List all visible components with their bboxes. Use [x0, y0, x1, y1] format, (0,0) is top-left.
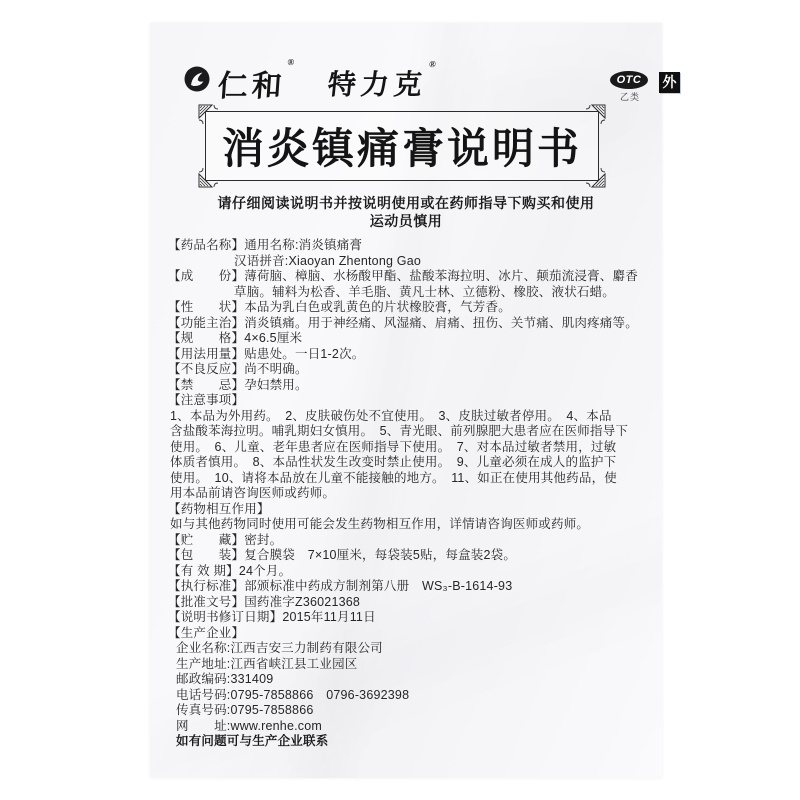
- row-label: 【药品名称】: [168, 238, 244, 254]
- leaflet-row: 汉语拼音:Xiaoyan Zhentong Gao: [168, 254, 654, 270]
- advisory-line-2: 运动员慎用: [150, 212, 662, 230]
- row-label: 【注意事项】: [168, 393, 244, 409]
- row-text: 尚不明确。: [244, 362, 308, 376]
- page-title: 消炎镇痛膏说明书: [206, 112, 598, 180]
- row-text: 如与其他药物同时使用可能会发生药物相互作用，详情请咨询医师或药师。: [170, 517, 589, 531]
- leaflet-row: 【注意事项】: [168, 393, 654, 409]
- frame-corner-icon: [197, 103, 223, 129]
- row-label: 【有 效 期】: [168, 564, 239, 580]
- row-text: 企业名称:江西吉安三力制药有限公司: [176, 641, 383, 655]
- row-text: 消炎镇痛。用于神经痛、风湿痛、肩痛、扭伤、关节痛、肌肉疼痛等。: [244, 316, 638, 330]
- leaflet-row: 【生产企业】: [168, 626, 654, 642]
- otc-badge: OTC: [610, 71, 648, 89]
- row-text: 网 址:www.renhe.com: [176, 719, 322, 733]
- row-text: 用本品前请咨询医师或药师。: [170, 486, 335, 500]
- leaflet-row: 【规 格】4×6.5厘米: [168, 331, 654, 347]
- row-label: 【批准文号】: [168, 595, 244, 611]
- leaflet-row: 含盐酸苯海拉明。哺乳期妇女慎用。 5、青光眼、前列腺肥大患者应在医师指导下: [168, 424, 654, 440]
- row-label: 【规 格】: [168, 331, 244, 347]
- row-text: 邮政编码:331409: [176, 672, 273, 686]
- leaflet-row: 【性 状】本品为乳白色或乳黄色的片状橡胶膏，气芳香。: [168, 300, 654, 316]
- row-text: 本品为乳白色或乳黄色的片状橡胶膏，气芳香。: [244, 300, 511, 314]
- leaflet-row: 【批准文号】国药准字Z36021368: [168, 595, 654, 611]
- leaflet-row: 1、本品为外用药。 2、皮肤破伤处不宜使用。 3、皮肤过敏者停用。 4、本品: [168, 409, 654, 425]
- row-label: 【功能主治】: [168, 316, 244, 332]
- renhe-logo-icon: [183, 65, 211, 93]
- leaflet-row: 电话号码:0795-7858866 0796-3692398: [168, 688, 654, 704]
- leaflet-row: 【不良反应】尚不明确。: [168, 362, 654, 378]
- leaflet-row: 【用法用量】贴患处。一日1-2次。: [168, 347, 654, 363]
- frame-corner-icon: [197, 163, 223, 189]
- leaflet-row: 使用。 6、儿童、老年患者应在医师指导下使用。 7、对本品过敏者禁用，过敏: [168, 440, 654, 456]
- row-text: 薄荷脑、樟脑、水杨酸甲酯、盐酸苯海拉明、冰片、颠茄流浸膏、麝香: [244, 269, 638, 283]
- row-label: 【性 状】: [168, 300, 244, 316]
- sub-brand-text: 特力克: [326, 70, 428, 101]
- row-text: 贴患处。一日1-2次。: [244, 347, 364, 361]
- row-text: 1、本品为外用药。 2、皮肤破伤处不宜使用。 3、皮肤过敏者停用。 4、本品: [170, 409, 612, 423]
- row-label: 【用法用量】: [168, 347, 244, 363]
- registered-mark-icon: ®: [287, 57, 294, 67]
- leaflet-row: 【药品名称】通用名称:消炎镇痛膏: [168, 238, 654, 254]
- row-label: 【包 装】: [168, 548, 244, 564]
- leaflet-row: 【包 装】复合膜袋 7×10厘米，每袋装5贴，每盒装2袋。: [168, 548, 654, 564]
- row-text: 使用。 6、儿童、老年患者应在医师指导下使用。 7、对本品过敏者禁用，过敏: [170, 440, 616, 454]
- leaflet-row: 【说明书修订日期】2015年11月11日: [168, 610, 654, 626]
- row-label: 【贮 藏】: [168, 533, 244, 549]
- brand-name-text: 仁和: [217, 70, 287, 103]
- row-label: 【禁 忌】: [168, 378, 244, 394]
- row-text: 生产地址:江西省峡江县工业园区: [176, 657, 357, 671]
- row-text: 使用。 10、请将本品放在儿童不能接触的地方。 11、如正在使用其他药品，使: [170, 471, 617, 485]
- row-label: 【药物相互作用】: [168, 502, 270, 518]
- row-label: 【成 份】: [168, 269, 244, 285]
- frame-corner-icon: [581, 163, 607, 189]
- leaflet-row: 用本品前请咨询医师或药师。: [168, 486, 654, 502]
- leaflet-row: 传真号码:0795-7858866: [168, 703, 654, 719]
- row-label: 【说明书修订日期】: [168, 610, 282, 626]
- row-text: 电话号码:0795-7858866 0796-3692398: [176, 688, 409, 702]
- brand-header: 仁和® 特力克® OTC 乙类 外: [180, 59, 632, 109]
- leaflet-row: 如有问题可与生产企业联系: [168, 734, 654, 750]
- leaflet-row: 【功能主治】消炎镇痛。用于神经痛、风湿痛、肩痛、扭伤、关节痛、肌肉疼痛等。: [168, 316, 654, 332]
- row-text: 草脑。辅料为松香、羊毛脂、黄凡士林、立德粉、橡胶、液状石蜡。: [234, 285, 615, 299]
- row-text: 复合膜袋 7×10厘米，每袋装5贴，每盒装2袋。: [244, 548, 516, 562]
- sub-brand-name: 特力克®: [326, 63, 436, 103]
- row-text: 含盐酸苯海拉明。哺乳期妇女慎用。 5、青光眼、前列腺肥大患者应在医师指导下: [170, 424, 628, 438]
- row-text: 4×6.5厘米: [244, 331, 302, 345]
- row-label: 【不良反应】: [168, 362, 244, 378]
- frame-corner-icon: [581, 103, 607, 129]
- leaflet-row: 【禁 忌】孕妇禁用。: [168, 378, 654, 394]
- row-text: 如有问题可与生产企业联系: [176, 734, 328, 748]
- row-text: 孕妇禁用。: [244, 378, 308, 392]
- leaflet-row: 【成 份】薄荷脑、樟脑、水杨酸甲酯、盐酸苯海拉明、冰片、颠茄流浸膏、麝香: [168, 269, 654, 285]
- row-text: 传真号码:0795-7858866: [176, 703, 314, 717]
- leaflet-body: 【药品名称】通用名称:消炎镇痛膏汉语拼音:Xiaoyan Zhentong Ga…: [168, 238, 654, 750]
- leaflet-row: 【执行标准】部颁标准中药成方制剂第八册 WS₃-B-1614-93: [168, 579, 654, 595]
- leaflet-row: 如与其他药物同时使用可能会发生药物相互作用，详情请咨询医师或药师。: [168, 517, 654, 533]
- leaflet-row: 【有 效 期】24个月。: [168, 564, 654, 580]
- external-use-badge: 外: [659, 72, 680, 93]
- otc-class-label: 乙类: [613, 90, 647, 103]
- leaflet-paper: 仁和® 特力克® OTC 乙类 外: [150, 23, 662, 778]
- leaflet-row: 【药物相互作用】: [168, 502, 654, 518]
- leaflet-row: 邮政编码:331409: [168, 672, 654, 688]
- leaflet-row: 生产地址:江西省峡江县工业园区: [168, 657, 654, 673]
- advisory-block: 请仔细阅读说明书并按说明使用或在药师指导下购买和使用 运动员慎用: [150, 194, 662, 230]
- leaflet-row: 体质者慎用。 8、本品性状发生改变时禁止使用。 9、儿童必须在成人的监护下: [168, 455, 654, 471]
- row-text: 密封。: [244, 533, 282, 547]
- row-text: 汉语拼音:Xiaoyan Zhentong Gao: [234, 254, 421, 268]
- leaflet-row: 网 址:www.renhe.com: [168, 719, 654, 735]
- title-frame: 消炎镇痛膏说明书: [205, 111, 599, 181]
- leaflet-row: 【贮 藏】密封。: [168, 533, 654, 549]
- row-label: 【执行标准】: [168, 579, 244, 595]
- leaflet-row: 草脑。辅料为松香、羊毛脂、黄凡士林、立德粉、橡胶、液状石蜡。: [168, 285, 654, 301]
- row-text: 部颁标准中药成方制剂第八册 WS₃-B-1614-93: [244, 579, 512, 593]
- row-text: 通用名称:消炎镇痛膏: [244, 238, 362, 252]
- row-text: 24个月。: [239, 564, 291, 578]
- row-text: 2015年11月11日: [282, 610, 375, 624]
- registered-mark-icon: ®: [428, 59, 436, 69]
- row-text: 国药准字Z36021368: [244, 595, 360, 609]
- leaflet-row: 使用。 10、请将本品放在儿童不能接触的地方。 11、如正在使用其他药品，使: [168, 471, 654, 487]
- row-label: 【生产企业】: [168, 626, 244, 642]
- advisory-line-1: 请仔细阅读说明书并按说明使用或在药师指导下购买和使用: [150, 194, 662, 212]
- leaflet-row: 企业名称:江西吉安三力制药有限公司: [168, 641, 654, 657]
- brand-name: 仁和®: [216, 61, 294, 105]
- row-text: 体质者慎用。 8、本品性状发生改变时禁止使用。 9、儿童必须在成人的监护下: [170, 455, 616, 469]
